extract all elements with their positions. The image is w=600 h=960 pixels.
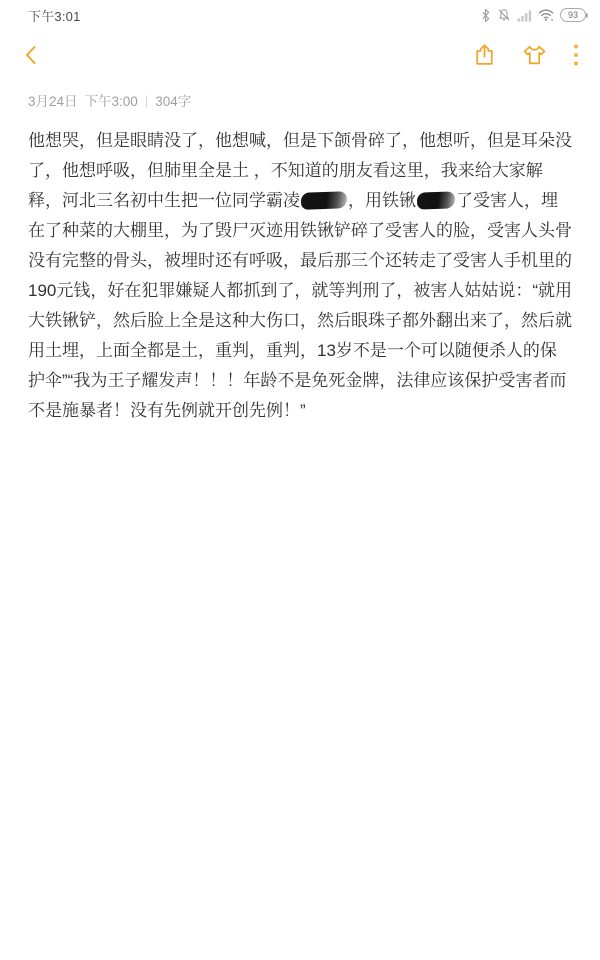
note-toolbar xyxy=(0,32,600,78)
note-date: 3月24日 xyxy=(28,90,78,110)
more-options-button[interactable] xyxy=(568,38,584,72)
toolbar-actions xyxy=(468,38,584,72)
share-icon xyxy=(472,42,497,68)
note-text-run: ，用铁锹 xyxy=(348,191,416,210)
note-text-run: 了受害人，埋在了种菜的大棚里，为了毁尸灭迹用铁锹铲碎了受害人的脸，受害人头骨没有… xyxy=(28,191,572,420)
share-button[interactable] xyxy=(468,38,501,72)
note-meta: 3月24日 下午3:00 | 304字 xyxy=(0,78,600,110)
status-bar: 下午3:01 xyxy=(0,0,600,26)
note-time: 下午3:00 xyxy=(85,90,138,110)
back-button[interactable] xyxy=(16,39,46,71)
redaction-scribble xyxy=(301,191,348,210)
tshirt-icon xyxy=(521,42,548,68)
signal-icon xyxy=(517,9,532,22)
wifi-icon xyxy=(538,8,554,22)
kebab-menu-icon xyxy=(572,42,580,68)
redaction-scribble xyxy=(417,191,456,209)
bluetooth-icon xyxy=(480,8,491,23)
status-time: 下午3:01 xyxy=(28,6,81,25)
notes-app-screen: 下午3:01 xyxy=(0,0,600,960)
chevron-left-icon xyxy=(20,43,42,67)
theme-button[interactable] xyxy=(517,38,552,72)
battery-indicator: 93 xyxy=(560,8,586,22)
mute-icon xyxy=(497,8,511,22)
battery-percent: 93 xyxy=(568,10,578,20)
status-icons: 93 xyxy=(480,8,586,23)
note-word-count: 304字 xyxy=(155,90,191,110)
note-body[interactable]: 他想哭，但是眼睛没了，他想喊，但是下颌骨碎了，他想听，但是耳朵没了，他想呼吸，但… xyxy=(0,110,600,426)
meta-divider: | xyxy=(145,93,148,108)
